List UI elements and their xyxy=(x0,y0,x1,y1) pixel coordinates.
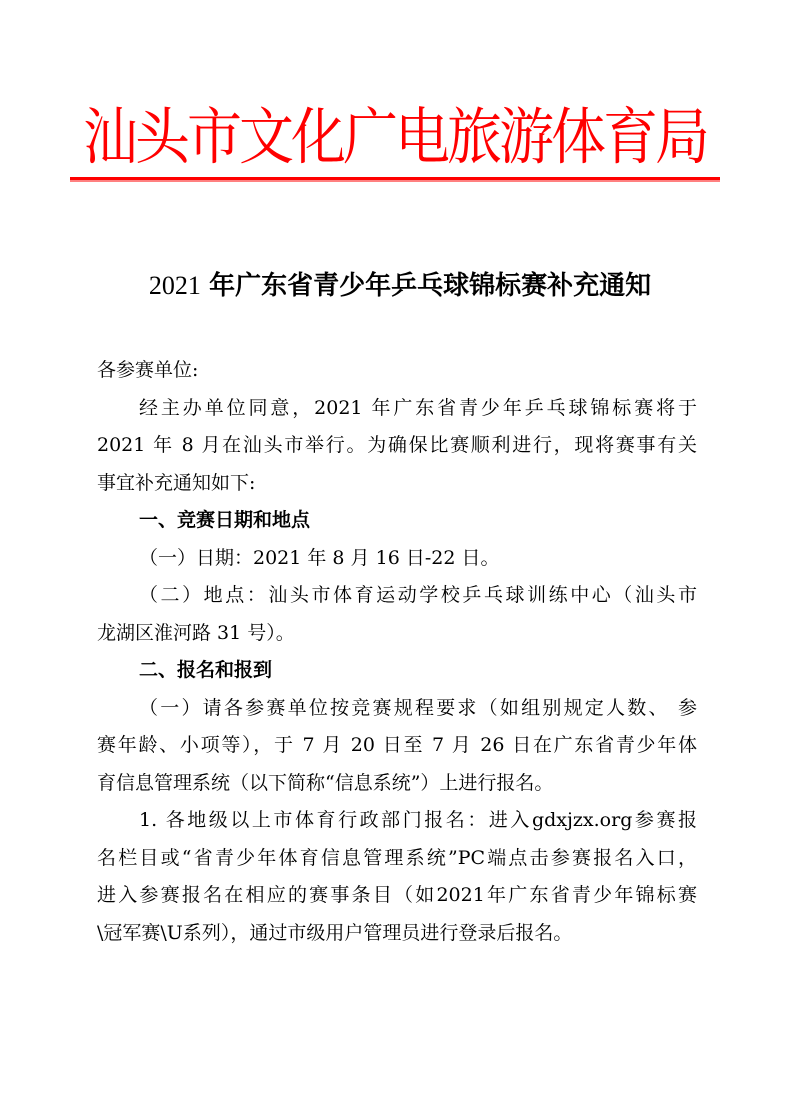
intro-line-1: 经主办单位同意，2021 年广东省青少年乒乓球锦标赛将于 xyxy=(97,390,697,428)
section-2-item1-line-3: 育信息管理系统（以下简称“信息系统”）上进行报名。 xyxy=(97,765,697,803)
intro-line-3: 事宜补充通知如下: xyxy=(97,465,697,503)
section-2-sub1-line-1: 1. 各地级以上市体育行政部门报名：进入gdxjzx.org参赛报 xyxy=(97,802,697,840)
masthead-red-divider xyxy=(70,177,720,182)
salutation: 各参赛单位: xyxy=(97,352,697,390)
section-2-sub1-line-3: 进入参赛报名在相应的赛事条目（如2021年广东省青少年锦标赛 xyxy=(97,877,697,915)
section-2-item1-line-1: （一）请各参赛单位按竞赛规程要求（如组别规定人数、 参 xyxy=(97,690,697,728)
section-2-heading: 二、报名和报到 xyxy=(97,652,697,690)
masthead-org-name: 汕头市文化广电旅游体育局 xyxy=(70,100,720,174)
section-1-venue-line-2: 龙湖区淮河路 31 号）。 xyxy=(97,615,697,653)
section-2-sub1-line-4: \冠军赛\U系列），通过市级用户管理员进行登录后报名。 xyxy=(97,915,697,953)
section-1-date: （一）日期：2021 年 8 月 16 日-22 日。 xyxy=(97,540,697,578)
section-2-sub1-line-2: 名栏目或“省青少年体育信息管理系统”PC端点击参赛报名入口， xyxy=(97,840,697,878)
title-year: 2021 xyxy=(149,271,201,300)
document-title: 2021 年广东省青少年乒乓球锦标赛补充通知 xyxy=(100,266,700,306)
red-divider-thin xyxy=(70,180,720,182)
section-2-item1-line-2: 赛年龄、小项等），于 7 月 20 日至 7 月 26 日在广东省青少年体 xyxy=(97,727,697,765)
title-text: 年广东省青少年乒乓球锦标赛补充通知 xyxy=(209,271,651,301)
document-body: 各参赛单位: 经主办单位同意，2021 年广东省青少年乒乓球锦标赛将于 2021… xyxy=(97,352,697,952)
section-1-heading: 一、竞赛日期和地点 xyxy=(97,502,697,540)
section-1-venue-line-1: （二）地点：汕头市体育运动学校乒乓球训练中心（汕头市 xyxy=(97,577,697,615)
intro-line-2: 2021 年 8 月在汕头市举行。为确保比赛顺利进行，现将赛事有关 xyxy=(97,427,697,465)
